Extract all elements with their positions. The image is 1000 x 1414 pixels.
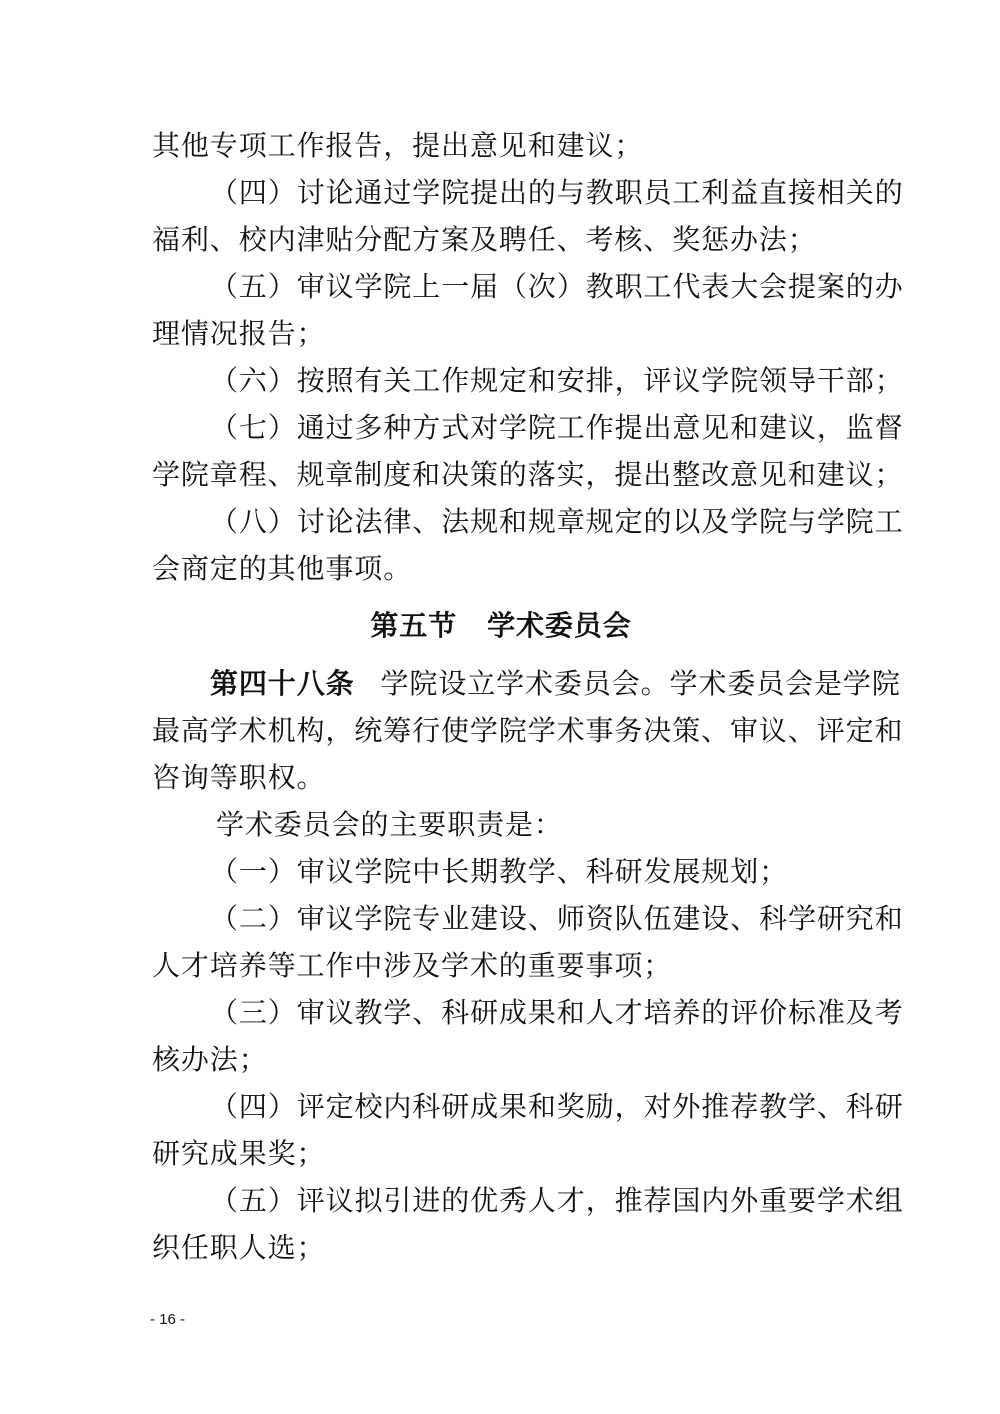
section-number: 第五节 bbox=[370, 609, 457, 642]
paragraph-line: 福利、校内津贴分配方案及聘任、考核、奖惩办法； bbox=[152, 216, 850, 263]
section-heading: 第五节学术委员会 bbox=[152, 596, 850, 656]
article-first-line: 第四十八条学院设立学术委员会。学术委员会是学院 bbox=[152, 660, 850, 707]
list-item-5: （五）审议学院上一届（次）教职工代表大会提案的办 bbox=[152, 263, 850, 310]
paragraph-line: 咨询等职权。 bbox=[152, 754, 850, 801]
list-item-7: （七）通过多种方式对学院工作提出意见和建议，监督 bbox=[152, 404, 850, 451]
paragraph-line: 核办法； bbox=[152, 1036, 850, 1083]
list-item-4: （四）讨论通过学院提出的与教职员工利益直接相关的 bbox=[152, 169, 850, 216]
duties-intro: 学术委员会的主要职责是： bbox=[152, 801, 850, 848]
document-page: 其他专项工作报告，提出意见和建议； （四）讨论通过学院提出的与教职员工利益直接相… bbox=[152, 122, 850, 1271]
paragraph-line: 最高学术机构，统筹行使学院学术事务决策、审议、评定和 bbox=[152, 707, 850, 754]
duty-item-4: （四）评定校内科研成果和奖励，对外推荐教学、科研 bbox=[152, 1083, 850, 1130]
paragraph-line: 织任职人选； bbox=[152, 1224, 850, 1271]
page-number: - 16 - bbox=[150, 1311, 185, 1328]
article-text: 学院设立学术委员会。学术委员会是学院 bbox=[381, 667, 901, 700]
paragraph-line: 其他专项工作报告，提出意见和建议； bbox=[152, 122, 850, 169]
paragraph-line: 研究成果奖； bbox=[152, 1130, 850, 1177]
paragraph-line: 人才培养等工作中涉及学术的重要事项； bbox=[152, 942, 850, 989]
paragraph-line: 会商定的其他事项。 bbox=[152, 545, 850, 592]
list-item-6: （六）按照有关工作规定和安排，评议学院领导干部； bbox=[152, 357, 850, 404]
duty-item-5: （五）评议拟引进的优秀人才，推荐国内外重要学术组 bbox=[152, 1177, 850, 1224]
list-item-8: （八）讨论法律、法规和规章规定的以及学院与学院工 bbox=[152, 498, 850, 545]
duty-item-1: （一）审议学院中长期教学、科研发展规划； bbox=[152, 848, 850, 895]
paragraph-line: 理情况报告； bbox=[152, 310, 850, 357]
duty-item-2: （二）审议学院专业建设、师资队伍建设、科学研究和 bbox=[152, 895, 850, 942]
duty-item-3: （三）审议教学、科研成果和人才培养的评价标准及考 bbox=[152, 989, 850, 1036]
section-title: 学术委员会 bbox=[487, 609, 632, 642]
article-number: 第四十八条 bbox=[210, 667, 355, 700]
paragraph-line: 学院章程、规章制度和决策的落实，提出整改意见和建议； bbox=[152, 451, 850, 498]
